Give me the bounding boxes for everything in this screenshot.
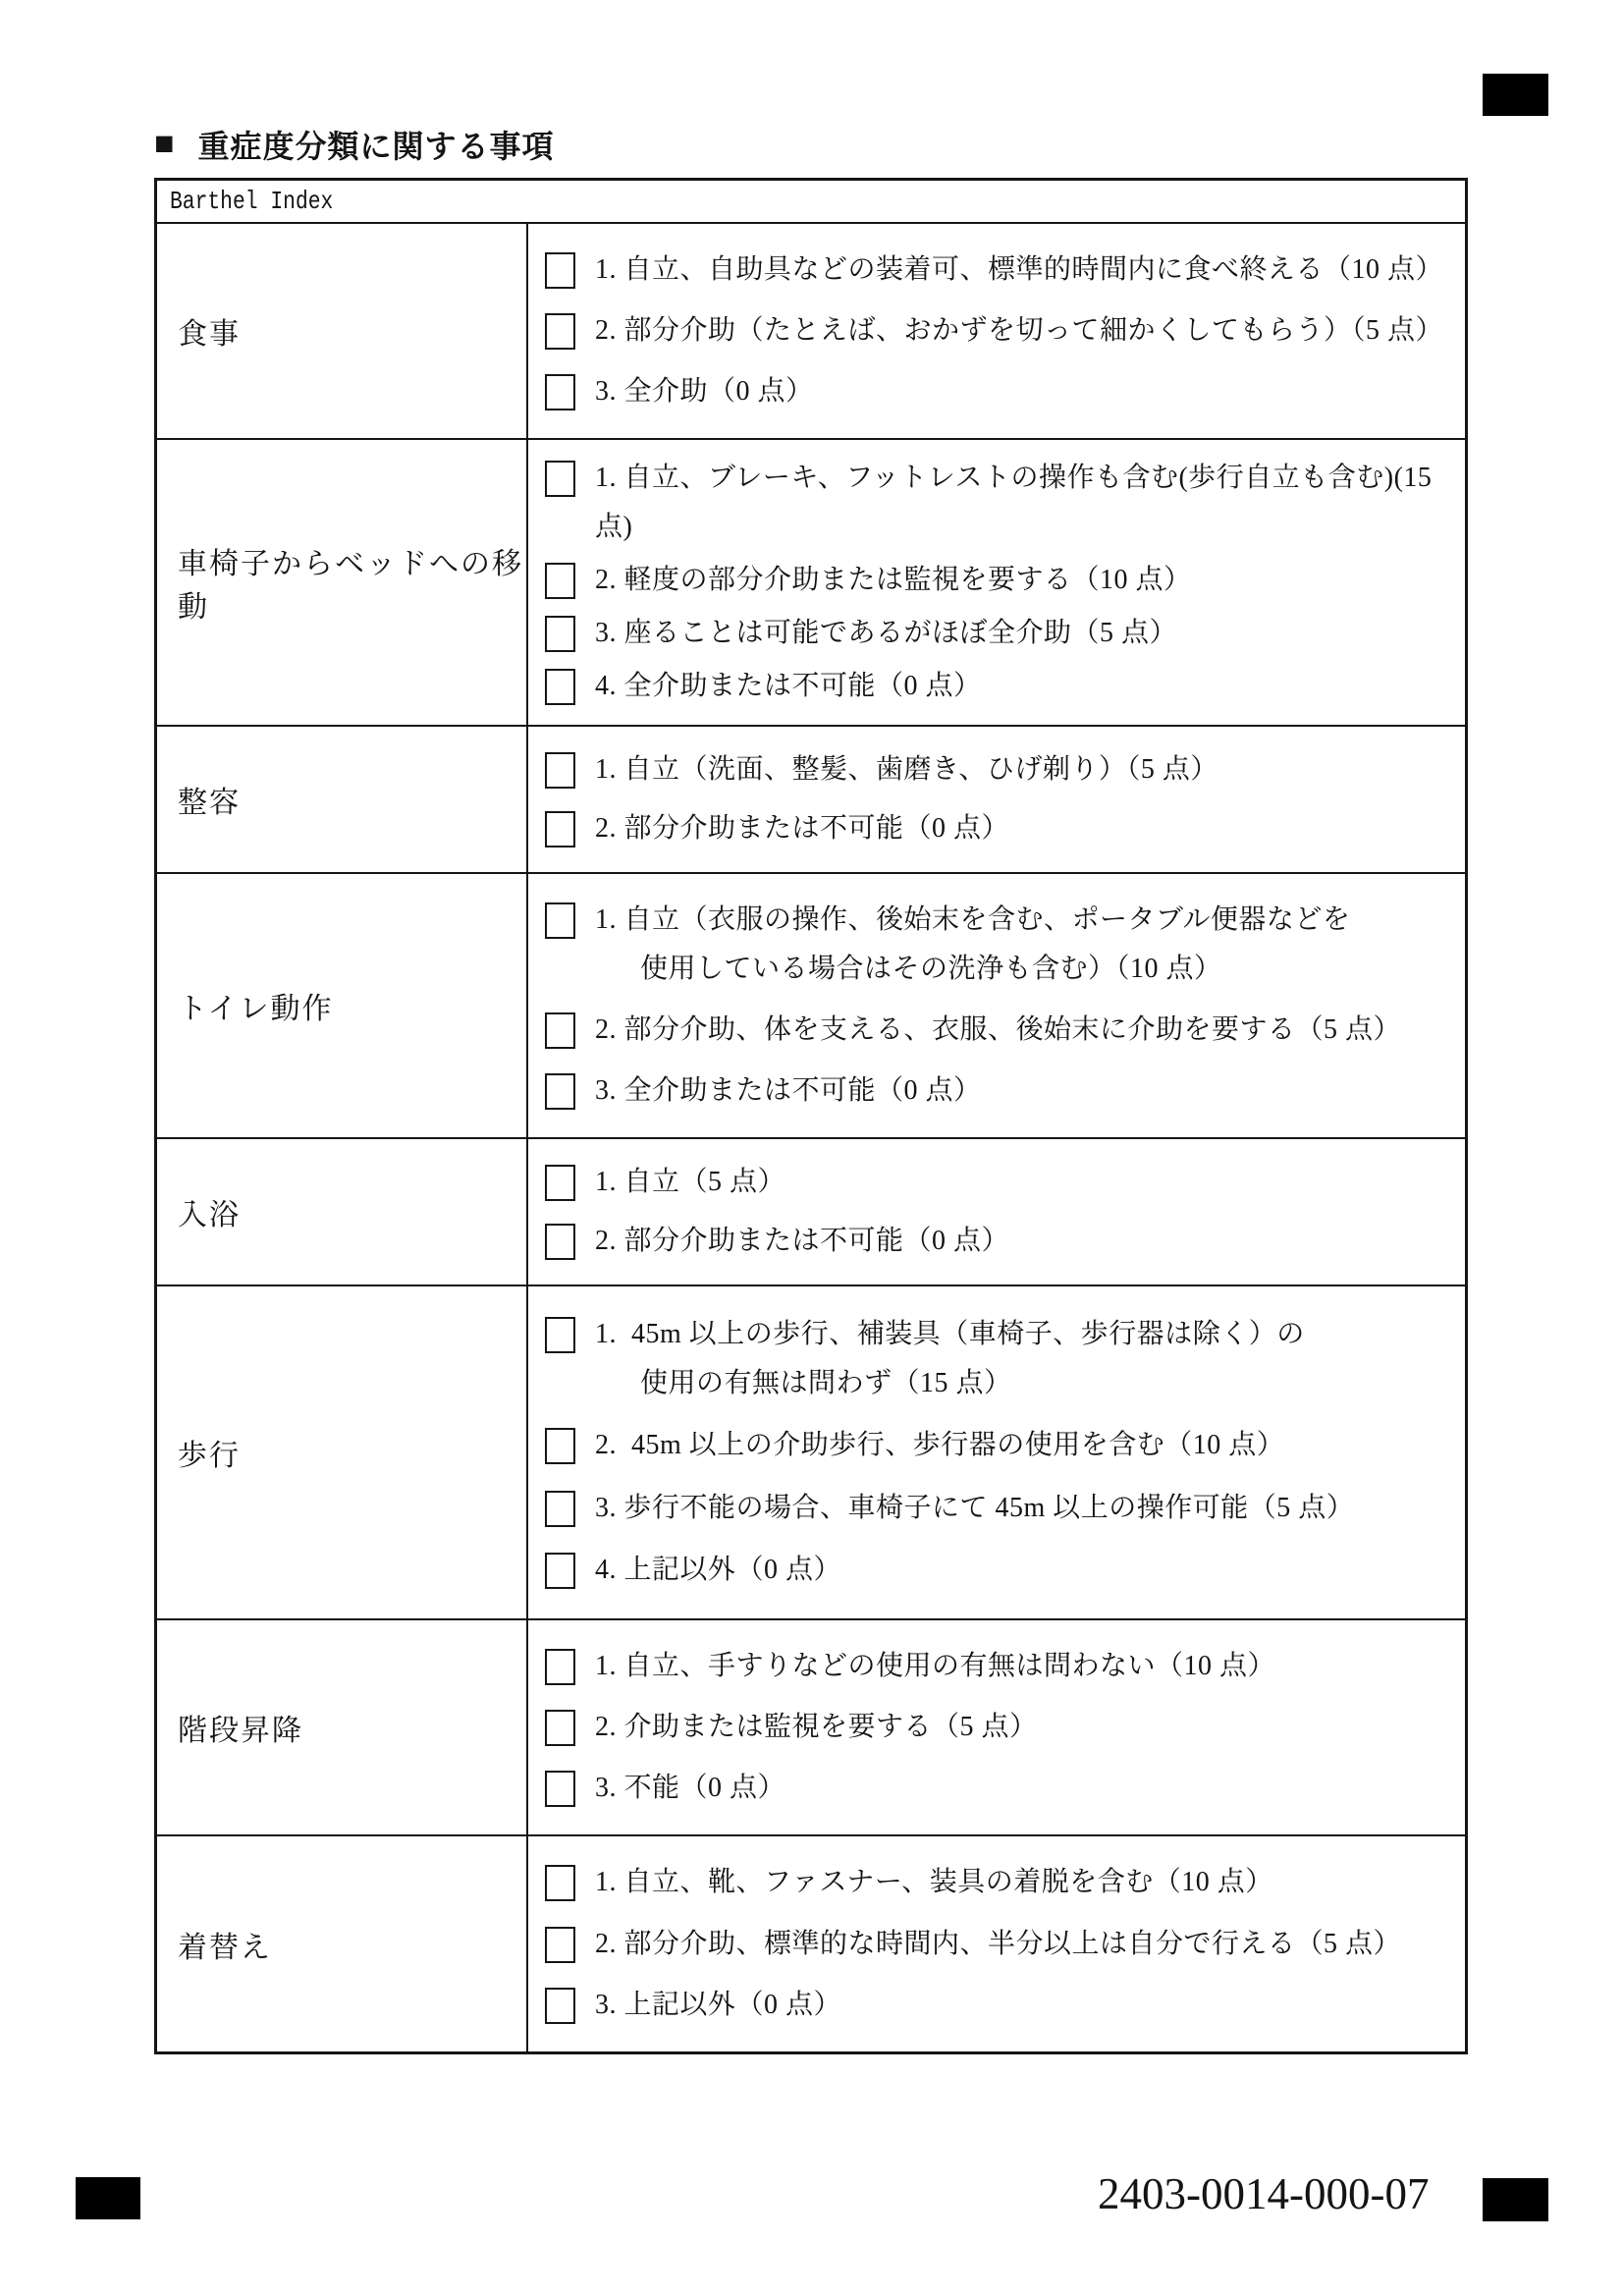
checkbox-eating-2[interactable] bbox=[545, 313, 575, 350]
category-cell-dressing: 着替え bbox=[157, 1836, 528, 2051]
option: 3. 全介助または不可能（0 点） bbox=[545, 1066, 1457, 1116]
option-label: 2. 部分介助または不可能（0 点） bbox=[595, 1217, 1009, 1266]
registration-mark-top-right bbox=[1483, 74, 1548, 116]
option: 1. 45m 以上の歩行、補装具（車椅子、歩行器は除く）の使用の有無は問わず（1… bbox=[545, 1310, 1457, 1408]
options-cell-walking: 1. 45m 以上の歩行、補装具（車椅子、歩行器は除く）の使用の有無は問わず（1… bbox=[528, 1286, 1465, 1618]
checkbox-walking-1[interactable] bbox=[545, 1317, 575, 1353]
option-label-line2: 使用の有無は問わず（15 点） bbox=[640, 1359, 1305, 1408]
option-label: 2. 部分介助、標準的な時間内、半分以上は自分で行える（5 点） bbox=[595, 1920, 1401, 1969]
option-label: 3. 不能（0 点） bbox=[595, 1764, 785, 1813]
options-cell-stairs: 1. 自立、手すりなどの使用の有無は問わない（10 点） 2. 介助または監視を… bbox=[528, 1620, 1465, 1834]
option: 2. 部分介助または不可能（0 点） bbox=[545, 804, 1457, 853]
options-cell-toileting: 1. 自立（衣服の操作、後始末を含む、ポータブル便器などを使用している場合はその… bbox=[528, 874, 1465, 1137]
options-cell-bathing: 1. 自立（5 点） 2. 部分介助または不可能（0 点） bbox=[528, 1139, 1465, 1285]
table-row-bathing: 入浴 1. 自立（5 点） 2. 部分介助または不可能（0 点） bbox=[157, 1137, 1465, 1285]
checkbox-bathing-1[interactable] bbox=[545, 1165, 575, 1201]
options-cell-grooming: 1. 自立（洗面、整髪、歯磨き、ひげ剃り）（5 点） 2. 部分介助または不可能… bbox=[528, 727, 1465, 872]
checkbox-grooming-1[interactable] bbox=[545, 752, 575, 789]
option: 3. 上記以外（0 点） bbox=[545, 1981, 1457, 2030]
option: 1. 自立、靴、ファスナー、装具の着脱を含む（10 点） bbox=[545, 1858, 1457, 1907]
option-label: 1. 自立、ブレーキ、フットレストの操作も含む(歩行自立も含む)(15 点) bbox=[595, 454, 1457, 552]
category-label: 整容 bbox=[178, 778, 241, 821]
option: 2. 軽度の部分介助または監視を要する（10 点） bbox=[545, 556, 1457, 605]
option: 2. 部分介助または不可能（0 点） bbox=[545, 1217, 1457, 1266]
checkbox-stairs-1[interactable] bbox=[545, 1649, 575, 1685]
option-label: 3. 全介助（0 点） bbox=[595, 367, 814, 416]
option-label: 4. 全介助または不可能（0 点） bbox=[595, 662, 982, 711]
option-label: 3. 全介助または不可能（0 点） bbox=[595, 1066, 982, 1116]
barthel-index-table: Barthel Index 食事 1. 自立、自助具などの装着可、標準的時間内に… bbox=[154, 178, 1468, 2054]
option: 2. 部分介助（たとえば、おかずを切って細かくしてもらう）（5 点） bbox=[545, 306, 1457, 355]
checkbox-wheelchair-1[interactable] bbox=[545, 461, 575, 497]
option-label: 1. 自立（5 点） bbox=[595, 1158, 785, 1207]
square-bullet-icon: ■ bbox=[154, 128, 175, 161]
option: 2. 部分介助、標準的な時間内、半分以上は自分で行える（5 点） bbox=[545, 1920, 1457, 1969]
option-label: 4. 上記以外（0 点） bbox=[595, 1546, 841, 1595]
table-row-walking: 歩行 1. 45m 以上の歩行、補装具（車椅子、歩行器は除く）の使用の有無は問わ… bbox=[157, 1285, 1465, 1618]
page-title: ■ 重症度分類に関する事項 bbox=[154, 122, 555, 167]
document-page: ■ 重症度分類に関する事項 Barthel Index 食事 1. 自立、自助具… bbox=[0, 0, 1623, 2296]
registration-mark-bottom-left bbox=[76, 2177, 140, 2219]
option: 2. 45m 以上の介助歩行、歩行器の使用を含む（10 点） bbox=[545, 1421, 1457, 1470]
registration-mark-bottom-right bbox=[1483, 2178, 1548, 2221]
category-cell-grooming: 整容 bbox=[157, 727, 528, 872]
category-cell-wheelchair-transfer: 車椅子からベッドへの移動 bbox=[157, 440, 528, 725]
option-label: 1. 自立、手すりなどの使用の有無は問わない（10 点） bbox=[595, 1642, 1275, 1691]
checkbox-walking-3[interactable] bbox=[545, 1491, 575, 1527]
option: 4. 全介助または不可能（0 点） bbox=[545, 662, 1457, 711]
category-cell-toileting: トイレ動作 bbox=[157, 874, 528, 1137]
option-label: 3. 座ることは可能であるがほぼ全介助（5 点） bbox=[595, 609, 1177, 658]
option: 1. 自立（衣服の操作、後始末を含む、ポータブル便器などを使用している場合はその… bbox=[545, 896, 1457, 994]
category-cell-bathing: 入浴 bbox=[157, 1139, 528, 1285]
option-label: 1. 自立、靴、ファスナー、装具の着脱を含む（10 点） bbox=[595, 1858, 1273, 1907]
checkbox-wheelchair-3[interactable] bbox=[545, 616, 575, 652]
checkbox-wheelchair-4[interactable] bbox=[545, 669, 575, 705]
category-label: 歩行 bbox=[178, 1431, 241, 1474]
options-cell-wheelchair-transfer: 1. 自立、ブレーキ、フットレストの操作も含む(歩行自立も含む)(15 点) 2… bbox=[528, 440, 1465, 725]
checkbox-dressing-2[interactable] bbox=[545, 1927, 575, 1963]
category-cell-stairs: 階段昇降 bbox=[157, 1620, 528, 1834]
option-label-line2: 使用している場合はその洗浄も含む）（10 点） bbox=[640, 945, 1350, 994]
option-label: 2. 軽度の部分介助または監視を要する（10 点） bbox=[595, 556, 1192, 605]
options-cell-dressing: 1. 自立、靴、ファスナー、装具の着脱を含む（10 点） 2. 部分介助、標準的… bbox=[528, 1836, 1465, 2051]
checkbox-toileting-2[interactable] bbox=[545, 1012, 575, 1049]
checkbox-stairs-3[interactable] bbox=[545, 1771, 575, 1807]
checkbox-wheelchair-2[interactable] bbox=[545, 563, 575, 599]
checkbox-dressing-3[interactable] bbox=[545, 1988, 575, 2024]
table-header-label: Barthel Index bbox=[170, 187, 333, 216]
table-row-dressing: 着替え 1. 自立、靴、ファスナー、装具の着脱を含む（10 点） 2. 部分介助… bbox=[157, 1834, 1465, 2051]
category-cell-eating: 食事 bbox=[157, 224, 528, 438]
checkbox-grooming-2[interactable] bbox=[545, 811, 575, 847]
category-label: 入浴 bbox=[178, 1190, 241, 1233]
page-title-text: 重症度分類に関する事項 bbox=[198, 122, 555, 167]
option: 1. 自立、ブレーキ、フットレストの操作も含む(歩行自立も含む)(15 点) bbox=[545, 454, 1457, 552]
checkbox-walking-4[interactable] bbox=[545, 1553, 575, 1589]
document-code: 2403-0014-000-07 bbox=[1098, 2169, 1429, 2218]
category-label: 着替え bbox=[178, 1923, 272, 1966]
option-label: 1. 自立、自助具などの装着可、標準的時間内に食べ終える（10 点） bbox=[595, 246, 1443, 295]
table-row-wheelchair-transfer: 車椅子からベッドへの移動 1. 自立、ブレーキ、フットレストの操作も含む(歩行自… bbox=[157, 438, 1465, 725]
option: 4. 上記以外（0 点） bbox=[545, 1546, 1457, 1595]
option: 2. 介助または監視を要する（5 点） bbox=[545, 1703, 1457, 1752]
option-label: 2. 部分介助（たとえば、おかずを切って細かくしてもらう）（5 点） bbox=[595, 306, 1443, 355]
category-label: トイレ動作 bbox=[178, 984, 334, 1027]
option-label: 2. 介助または監視を要する（5 点） bbox=[595, 1703, 1038, 1752]
table-header-row: Barthel Index bbox=[157, 181, 1465, 222]
option-label: 1. 自立（衣服の操作、後始末を含む、ポータブル便器などを bbox=[595, 896, 1350, 945]
table-row-stairs: 階段昇降 1. 自立、手すりなどの使用の有無は問わない（10 点） 2. 介助ま… bbox=[157, 1618, 1465, 1834]
category-label: 階段昇降 bbox=[178, 1706, 303, 1749]
options-cell-eating: 1. 自立、自助具などの装着可、標準的時間内に食べ終える（10 点） 2. 部分… bbox=[528, 224, 1465, 438]
option: 3. 座ることは可能であるがほぼ全介助（5 点） bbox=[545, 609, 1457, 658]
option: 1. 自立（5 点） bbox=[545, 1158, 1457, 1207]
option: 1. 自立、自助具などの装着可、標準的時間内に食べ終える（10 点） bbox=[545, 246, 1457, 295]
option: 2. 部分介助、体を支える、衣服、後始末に介助を要する（5 点） bbox=[545, 1006, 1457, 1055]
category-label: 車椅子からベッドへの移動 bbox=[178, 539, 526, 626]
option: 3. 歩行不能の場合、車椅子にて 45m 以上の操作可能（5 点） bbox=[545, 1484, 1457, 1533]
checkbox-toileting-3[interactable] bbox=[545, 1073, 575, 1110]
checkbox-dressing-1[interactable] bbox=[545, 1865, 575, 1901]
table-row-eating: 食事 1. 自立、自助具などの装着可、標準的時間内に食べ終える（10 点） 2.… bbox=[157, 222, 1465, 438]
option-label: 3. 歩行不能の場合、車椅子にて 45m 以上の操作可能（5 点） bbox=[595, 1484, 1354, 1533]
checkbox-stairs-2[interactable] bbox=[545, 1710, 575, 1746]
option-label: 2. 45m 以上の介助歩行、歩行器の使用を含む（10 点） bbox=[595, 1421, 1284, 1470]
option: 1. 自立（洗面、整髪、歯磨き、ひげ剃り）（5 点） bbox=[545, 745, 1457, 794]
checkbox-bathing-2[interactable] bbox=[545, 1224, 575, 1260]
checkbox-eating-3[interactable] bbox=[545, 374, 575, 410]
option: 1. 自立、手すりなどの使用の有無は問わない（10 点） bbox=[545, 1642, 1457, 1691]
option-label: 2. 部分介助または不可能（0 点） bbox=[595, 804, 1009, 853]
option-label: 2. 部分介助、体を支える、衣服、後始末に介助を要する（5 点） bbox=[595, 1006, 1401, 1055]
category-cell-walking: 歩行 bbox=[157, 1286, 528, 1618]
checkbox-toileting-1[interactable] bbox=[545, 902, 575, 939]
category-label: 食事 bbox=[178, 309, 241, 353]
option-label: 1. 自立（洗面、整髪、歯磨き、ひげ剃り）（5 点） bbox=[595, 745, 1218, 794]
checkbox-walking-2[interactable] bbox=[545, 1428, 575, 1464]
table-row-toileting: トイレ動作 1. 自立（衣服の操作、後始末を含む、ポータブル便器などを使用してい… bbox=[157, 872, 1465, 1137]
table-row-grooming: 整容 1. 自立（洗面、整髪、歯磨き、ひげ剃り）（5 点） 2. 部分介助または… bbox=[157, 725, 1465, 872]
option-label: 3. 上記以外（0 点） bbox=[595, 1981, 841, 2030]
option: 3. 全介助（0 点） bbox=[545, 367, 1457, 416]
option: 3. 不能（0 点） bbox=[545, 1764, 1457, 1813]
checkbox-eating-1[interactable] bbox=[545, 252, 575, 289]
option-label: 1. 45m 以上の歩行、補装具（車椅子、歩行器は除く）の bbox=[595, 1310, 1305, 1359]
